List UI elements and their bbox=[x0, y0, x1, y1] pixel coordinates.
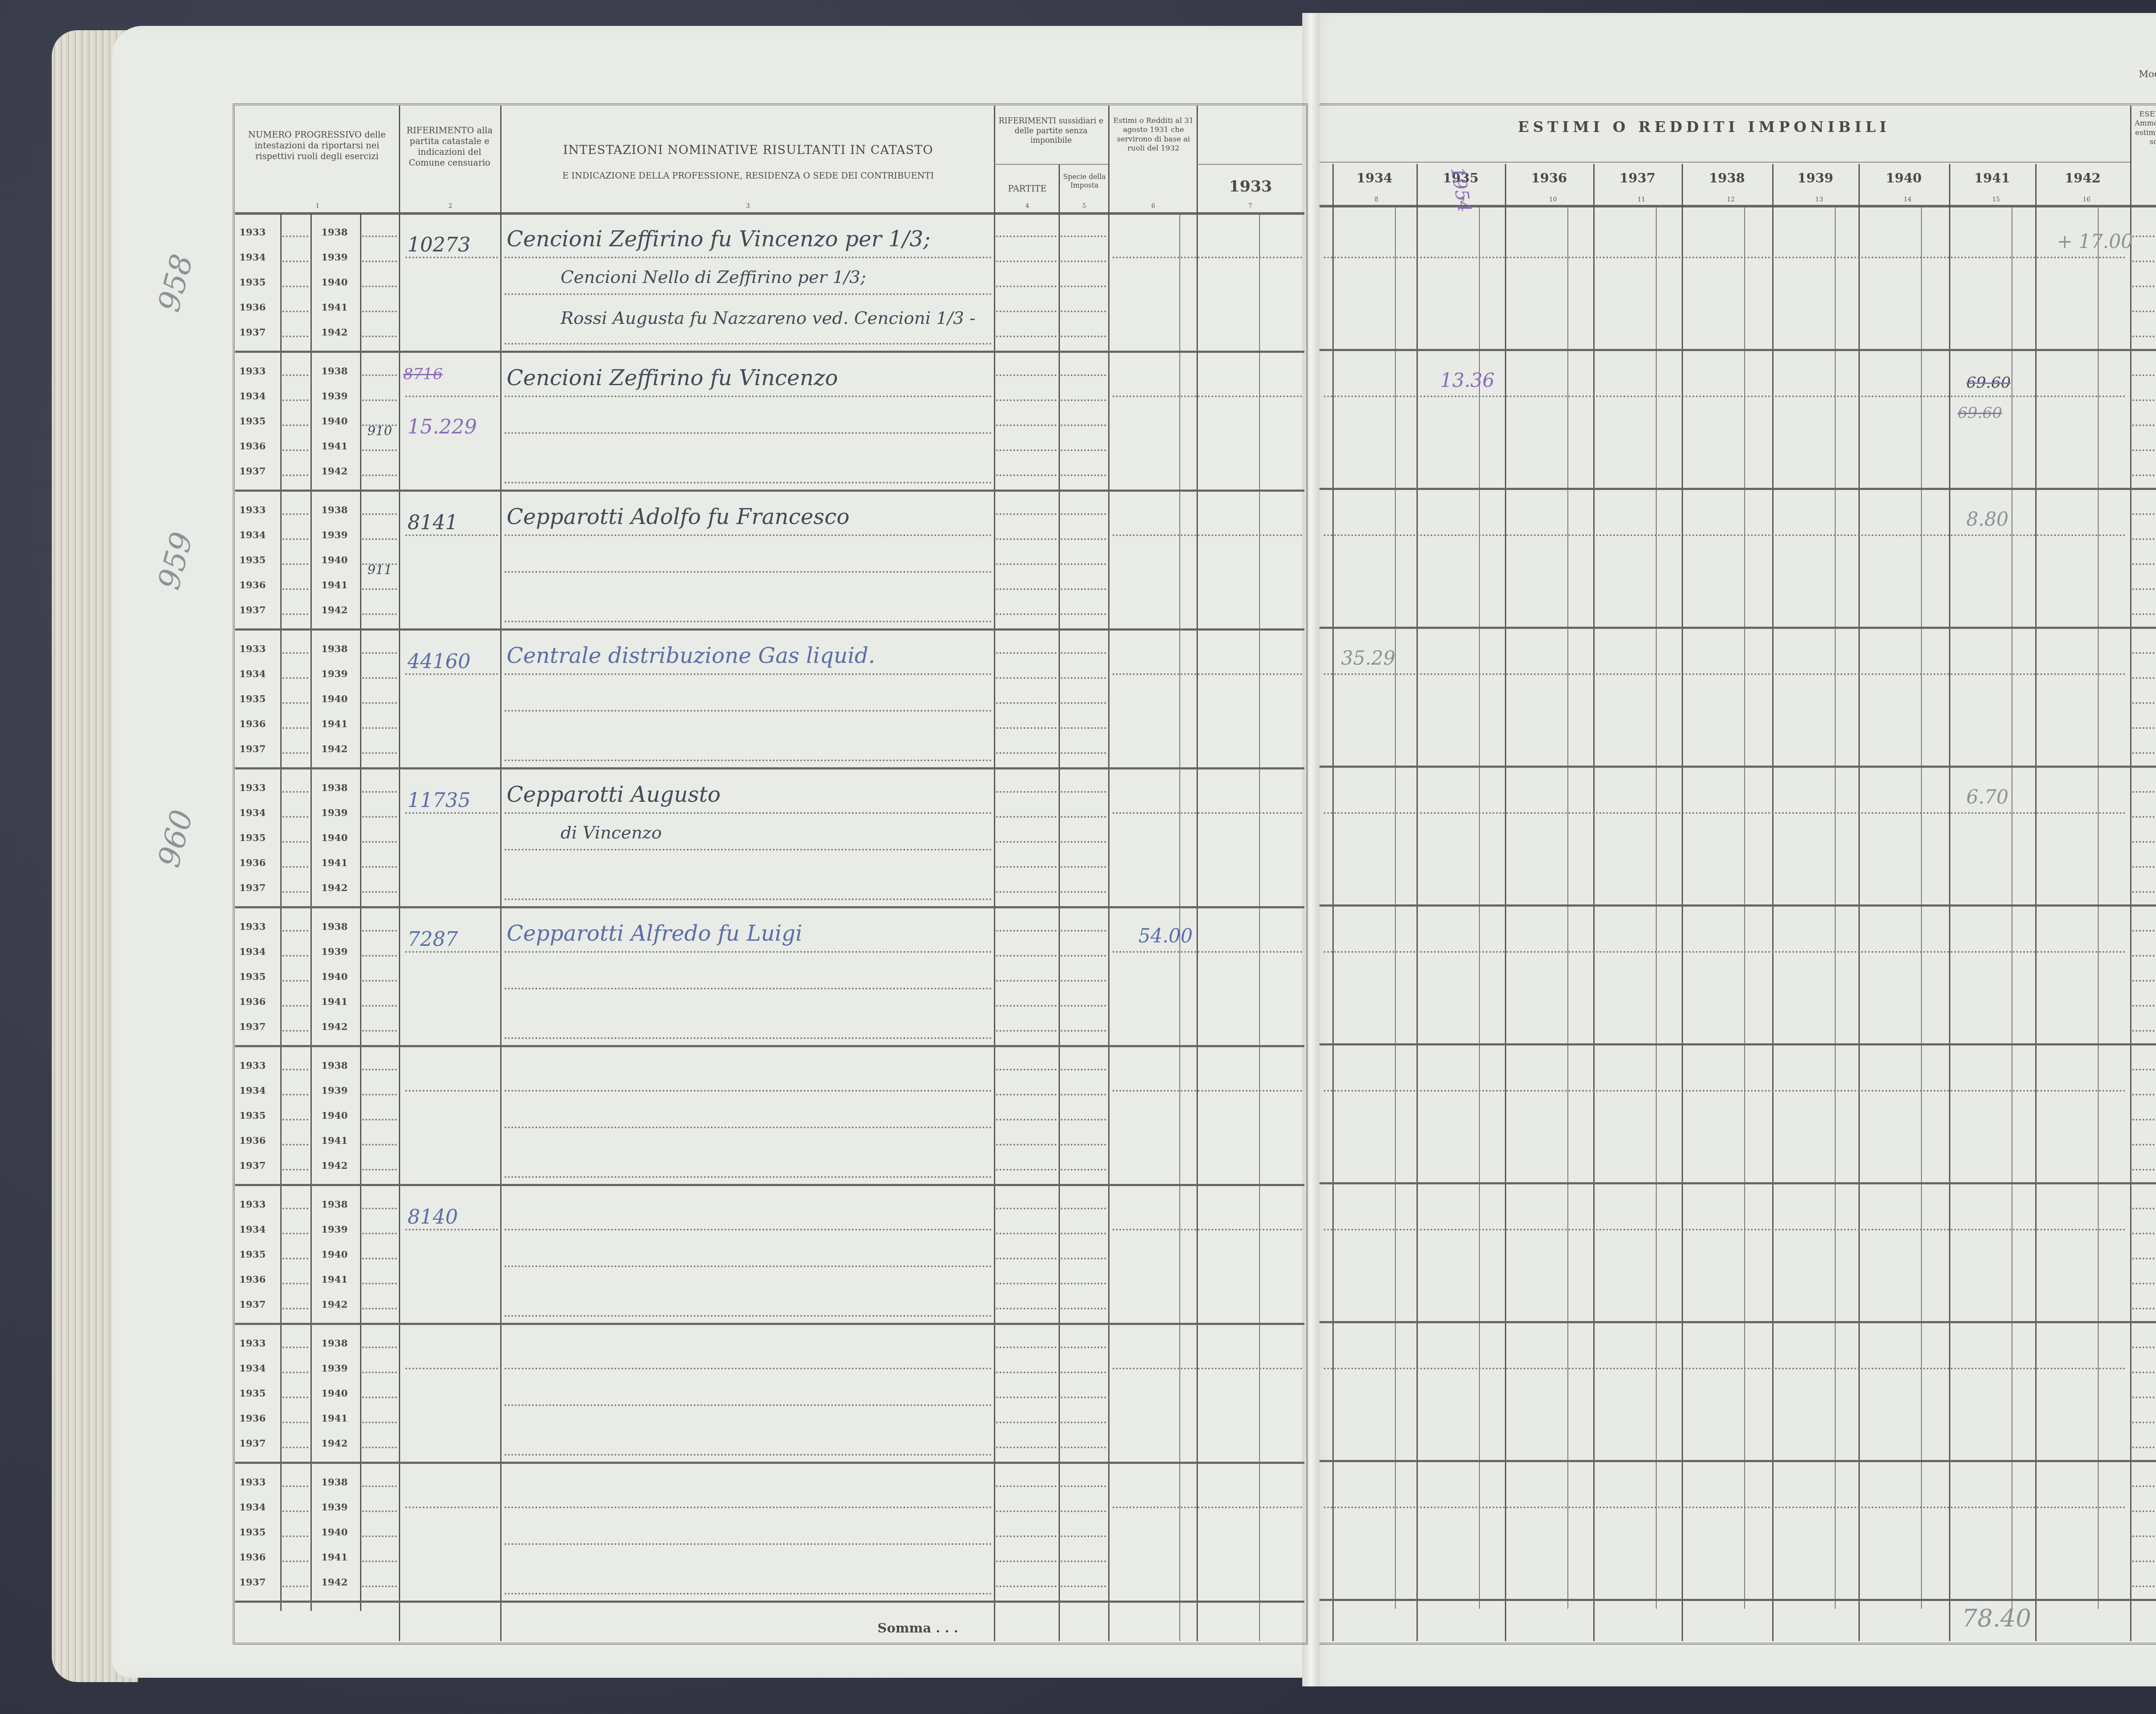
header-partite: PARTITE bbox=[996, 183, 1059, 194]
writing-line bbox=[505, 1543, 992, 1545]
writing-line bbox=[405, 812, 498, 814]
dotted-rule bbox=[2132, 980, 2156, 982]
dotted-rule bbox=[282, 1510, 308, 1512]
dotted-rule bbox=[996, 891, 1056, 893]
dotted-rule bbox=[2132, 1169, 2156, 1171]
year-label: 1935 bbox=[239, 1527, 266, 1538]
header-riferimenti: RIFERIMENTI sussidiari e delle partite s… bbox=[996, 116, 1106, 146]
column-number: 13 bbox=[1815, 196, 1823, 203]
dotted-rule bbox=[282, 588, 308, 590]
year-label: 1936 bbox=[239, 996, 266, 1008]
year-label: 1937 bbox=[239, 1438, 266, 1449]
column-number: 6 bbox=[1151, 203, 1155, 210]
dotted-rule bbox=[996, 955, 1056, 957]
year-label: 1942 bbox=[321, 1299, 348, 1310]
year-label: 1936 bbox=[239, 719, 266, 730]
year-label: 1940 bbox=[321, 416, 348, 427]
cents-divider bbox=[1567, 207, 1568, 1609]
col-divider bbox=[1332, 164, 1334, 1641]
year-label: 1940 bbox=[321, 1527, 348, 1538]
dotted-rule bbox=[2132, 955, 2156, 957]
writing-line bbox=[505, 1593, 992, 1595]
dotted-rule bbox=[1061, 424, 1106, 426]
amount-1941: 8.80 bbox=[1966, 509, 2009, 531]
year-label: 1939 bbox=[321, 669, 348, 680]
dotted-rule bbox=[362, 1372, 397, 1373]
year-label: 1939 bbox=[321, 1363, 348, 1374]
cents-divider bbox=[1479, 207, 1480, 1609]
writing-line bbox=[505, 898, 992, 900]
dotted-rule bbox=[282, 1585, 308, 1587]
dotted-rule bbox=[1061, 1233, 1106, 1234]
writing-line bbox=[505, 1090, 992, 1092]
dotted-rule bbox=[362, 891, 397, 893]
dotted-rule bbox=[1061, 1372, 1106, 1373]
year-1933-rule bbox=[1197, 164, 1302, 165]
taxpayer-name-line: Cencioni Nello di Zeffirino per 1/3; bbox=[561, 267, 866, 287]
dotted-rule bbox=[1061, 1560, 1106, 1562]
dotted-rule bbox=[996, 374, 1056, 376]
partita-number: 10273 bbox=[407, 233, 470, 256]
writing-line bbox=[1324, 1507, 2126, 1508]
writing-line bbox=[405, 396, 498, 397]
writing-line bbox=[505, 482, 992, 483]
partita-number-struck: 8716 bbox=[403, 365, 443, 383]
riferimenti-rule bbox=[994, 164, 1108, 165]
dotted-rule bbox=[996, 1208, 1056, 1209]
dotted-rule bbox=[2132, 1005, 2156, 1007]
dotted-rule bbox=[1061, 791, 1106, 793]
year-label: 1935 bbox=[239, 1110, 266, 1121]
writing-line bbox=[1324, 257, 2126, 258]
dotted-rule bbox=[1061, 286, 1106, 287]
year-label: 1933 bbox=[239, 227, 266, 238]
cents-divider bbox=[1835, 207, 1836, 1609]
year-label: 1937 bbox=[239, 1299, 266, 1310]
dotted-rule bbox=[996, 1308, 1056, 1309]
cents-divider bbox=[1395, 207, 1396, 1609]
taxpayer-name-line: di Vincenzo bbox=[561, 823, 662, 843]
header-year: 1938 bbox=[1682, 170, 1772, 187]
dotted-rule bbox=[996, 930, 1056, 932]
year-label: 1942 bbox=[321, 605, 348, 616]
dotted-rule bbox=[362, 1005, 397, 1007]
header-year: 1941 bbox=[1949, 170, 2035, 187]
taxpayer-name-line: Centrale distribuzione Gas liquid. bbox=[507, 643, 875, 668]
writing-line bbox=[505, 812, 992, 814]
col-divider bbox=[1416, 164, 1418, 1641]
dotted-rule bbox=[2132, 752, 2156, 754]
dotted-rule bbox=[362, 677, 397, 679]
dotted-rule bbox=[1061, 336, 1106, 337]
writing-line bbox=[1324, 396, 2126, 397]
entry-separator bbox=[235, 490, 1304, 492]
dotted-rule bbox=[996, 1169, 1056, 1171]
partita-number: 44160 bbox=[407, 650, 470, 673]
writing-line bbox=[505, 1037, 992, 1039]
dotted-rule bbox=[1061, 930, 1106, 932]
year-label: 1936 bbox=[239, 857, 266, 869]
amount-1941: 6.70 bbox=[1966, 786, 2009, 808]
column-number: 2 bbox=[448, 203, 452, 210]
year-label: 1937 bbox=[239, 1160, 266, 1171]
dotted-rule bbox=[1061, 1510, 1106, 1512]
taxpayer-name-line: Cepparotti Alfredo fu Luigi bbox=[507, 921, 802, 946]
year-label: 1935 bbox=[239, 971, 266, 983]
dotted-rule bbox=[2132, 1069, 2156, 1070]
year-label: 1933 bbox=[239, 782, 266, 794]
dotted-rule bbox=[996, 1119, 1056, 1121]
dotted-rule bbox=[1061, 866, 1106, 868]
dotted-rule bbox=[1061, 702, 1106, 704]
dotted-rule bbox=[996, 702, 1056, 704]
year-label: 1938 bbox=[321, 1338, 348, 1349]
column-number: 12 bbox=[1727, 196, 1735, 203]
dotted-rule bbox=[362, 1283, 397, 1284]
dotted-rule bbox=[996, 286, 1056, 287]
dotted-rule bbox=[282, 891, 308, 893]
dotted-rule bbox=[362, 791, 397, 793]
dotted-rule bbox=[2132, 1308, 2156, 1309]
dotted-rule bbox=[282, 613, 308, 615]
dotted-rule bbox=[282, 791, 308, 793]
header-specie-imposta: Specie della Imposta bbox=[1061, 173, 1108, 190]
dotted-rule bbox=[2132, 1283, 2156, 1284]
writing-line bbox=[505, 1176, 992, 1178]
header-year: 1936 bbox=[1505, 170, 1593, 187]
dotted-rule bbox=[1061, 1144, 1106, 1146]
dotted-rule bbox=[996, 1422, 1056, 1423]
entry-separator bbox=[235, 1323, 1304, 1325]
writing-line bbox=[505, 621, 992, 622]
dotted-rule bbox=[362, 1485, 397, 1487]
year-label: 1936 bbox=[239, 580, 266, 591]
entry-separator bbox=[1319, 488, 2156, 490]
writing-line bbox=[505, 849, 992, 851]
dotted-rule bbox=[996, 677, 1056, 679]
dotted-rule bbox=[362, 336, 397, 337]
dotted-rule bbox=[1061, 1485, 1106, 1487]
dotted-rule bbox=[282, 374, 308, 376]
right-title: ESTIMI O REDDITI IMPONIBILI bbox=[1518, 119, 1890, 136]
dotted-rule bbox=[1061, 1397, 1106, 1398]
dotted-rule bbox=[282, 955, 308, 957]
dotted-rule bbox=[996, 449, 1056, 451]
right-header-rule bbox=[1319, 205, 2156, 207]
dotted-rule bbox=[2132, 261, 2156, 262]
dotted-rule bbox=[282, 286, 308, 287]
writing-line bbox=[405, 673, 498, 675]
dotted-rule bbox=[362, 588, 397, 590]
dotted-rule bbox=[282, 1069, 308, 1070]
writing-line bbox=[1112, 396, 1302, 397]
entry-separator bbox=[235, 1601, 1304, 1603]
year-label: 1934 bbox=[239, 946, 266, 957]
writing-line bbox=[1112, 1229, 1302, 1231]
year-label: 1934 bbox=[239, 1224, 266, 1235]
year-label: 1937 bbox=[239, 1577, 266, 1588]
writing-line bbox=[505, 1404, 992, 1406]
dotted-rule bbox=[362, 1233, 397, 1234]
dotted-rule bbox=[282, 1030, 308, 1032]
column-number: 7 bbox=[1248, 203, 1252, 210]
year-label: 1937 bbox=[239, 327, 266, 338]
dotted-rule bbox=[362, 235, 397, 237]
column-number: 15 bbox=[1992, 196, 2000, 203]
col-divider bbox=[1108, 106, 1109, 1641]
dotted-rule bbox=[282, 1560, 308, 1562]
cents-divider bbox=[2098, 207, 2099, 1609]
years-rule bbox=[1319, 162, 2130, 163]
col-divider bbox=[500, 106, 501, 1641]
amount-1942: + 17.00 bbox=[2057, 231, 2133, 253]
writing-line bbox=[1324, 673, 2126, 675]
dotted-rule bbox=[1061, 1069, 1106, 1070]
dotted-rule bbox=[996, 1283, 1056, 1284]
dotted-rule bbox=[362, 955, 397, 957]
partita-number: 7287 bbox=[407, 927, 458, 951]
year-label: 1933 bbox=[239, 1338, 266, 1349]
dotted-rule bbox=[1061, 538, 1106, 540]
entry-separator bbox=[235, 351, 1304, 353]
dotted-rule bbox=[2132, 677, 2156, 679]
dotted-rule bbox=[996, 1510, 1056, 1512]
dotted-rule bbox=[362, 261, 397, 262]
dotted-rule bbox=[362, 1169, 397, 1171]
dotted-rule bbox=[282, 449, 308, 451]
year-label: 1939 bbox=[321, 530, 348, 541]
dotted-rule bbox=[282, 930, 308, 932]
dotted-rule bbox=[2132, 424, 2156, 426]
year-label: 1942 bbox=[321, 744, 348, 755]
dotted-rule bbox=[362, 1447, 397, 1448]
writing-line bbox=[505, 293, 992, 295]
dotted-rule bbox=[282, 752, 308, 754]
year-label: 1941 bbox=[321, 719, 348, 730]
writing-line bbox=[1112, 1090, 1302, 1092]
writing-line bbox=[1112, 534, 1302, 536]
column-number: 8 bbox=[1375, 196, 1379, 203]
year-label: 1942 bbox=[321, 466, 348, 477]
dotted-rule bbox=[1061, 1585, 1106, 1587]
side-number: 910 bbox=[367, 424, 392, 439]
dotted-rule bbox=[996, 474, 1056, 476]
year-label: 1935 bbox=[239, 694, 266, 705]
dotted-rule bbox=[996, 816, 1056, 818]
writing-line bbox=[505, 571, 992, 573]
dotted-rule bbox=[362, 1030, 397, 1032]
dotted-rule bbox=[362, 727, 397, 729]
dotted-rule bbox=[996, 791, 1056, 793]
dotted-rule bbox=[1061, 1005, 1106, 1007]
dotted-rule bbox=[2132, 1372, 2156, 1373]
writing-line bbox=[505, 1229, 992, 1231]
year-label: 1938 bbox=[321, 366, 348, 377]
header-year: 1940 bbox=[1858, 170, 1949, 187]
dotted-rule bbox=[1061, 752, 1106, 754]
dotted-rule bbox=[1061, 1094, 1106, 1096]
dotted-rule bbox=[1061, 513, 1106, 515]
dotted-rule bbox=[996, 1397, 1056, 1398]
dotted-rule bbox=[996, 1094, 1056, 1096]
dotted-rule bbox=[282, 1397, 308, 1398]
dotted-rule bbox=[1061, 816, 1106, 818]
entry-separator bbox=[235, 1045, 1304, 1047]
column-number: 11 bbox=[1638, 196, 1645, 203]
year-label: 1935 bbox=[239, 1388, 266, 1399]
dotted-rule bbox=[282, 1308, 308, 1309]
year-label: 1937 bbox=[239, 1021, 266, 1033]
taxpayer-name-line: Cencioni Zeffirino fu Vincenzo bbox=[507, 365, 838, 390]
dotted-rule bbox=[1061, 1535, 1106, 1537]
year-label: 1941 bbox=[321, 1135, 348, 1146]
dotted-rule bbox=[362, 1585, 397, 1587]
entry-separator bbox=[1319, 1460, 2156, 1462]
amount-1934: 35.29 bbox=[1341, 647, 1395, 669]
dotted-rule bbox=[282, 816, 308, 818]
col-divider bbox=[399, 106, 400, 1641]
cents-divider bbox=[2012, 207, 2012, 1609]
header-estimi-1931: Estimi o Redditi al 31 agosto 1931 che s… bbox=[1110, 116, 1197, 153]
dotted-rule bbox=[282, 311, 308, 312]
year-label: 1939 bbox=[321, 252, 348, 263]
year-label: 1939 bbox=[321, 1085, 348, 1096]
dotted-rule bbox=[362, 1208, 397, 1209]
dotted-rule bbox=[996, 752, 1056, 754]
year-label: 1934 bbox=[239, 1085, 266, 1096]
dotted-rule bbox=[362, 449, 397, 451]
writing-line bbox=[505, 1507, 992, 1508]
dotted-rule bbox=[996, 613, 1056, 615]
dotted-rule bbox=[2132, 1144, 2156, 1146]
year-label: 1941 bbox=[321, 996, 348, 1008]
year-label: 1934 bbox=[239, 1502, 266, 1513]
dotted-rule bbox=[362, 613, 397, 615]
column-number: 10 bbox=[1549, 196, 1557, 203]
dotted-rule bbox=[1061, 652, 1106, 654]
dotted-rule bbox=[2132, 727, 2156, 729]
writing-line bbox=[505, 432, 992, 434]
year-label: 1940 bbox=[321, 832, 348, 844]
partita-number: 15.229 bbox=[407, 415, 477, 438]
dotted-rule bbox=[996, 980, 1056, 982]
entry-separator bbox=[1319, 766, 2156, 768]
year-label: 1940 bbox=[321, 1249, 348, 1260]
dotted-rule bbox=[362, 1119, 397, 1121]
year-label: 1939 bbox=[321, 1502, 348, 1513]
year-label: 1933 bbox=[239, 1060, 266, 1071]
col-divider bbox=[1682, 164, 1683, 1641]
dotted-rule bbox=[362, 1422, 397, 1423]
dotted-rule bbox=[362, 930, 397, 932]
year-label: 1938 bbox=[321, 1477, 348, 1488]
dotted-rule bbox=[2132, 1447, 2156, 1448]
writing-line bbox=[405, 257, 498, 258]
year-label: 1936 bbox=[239, 1413, 266, 1424]
entry-separator bbox=[1319, 627, 2156, 629]
amount-1935: 13.36 bbox=[1440, 370, 1495, 392]
dotted-rule bbox=[282, 399, 308, 401]
entry-separator bbox=[1319, 904, 2156, 907]
col-divider bbox=[1772, 164, 1774, 1641]
dotted-rule bbox=[1061, 1283, 1106, 1284]
dotted-rule bbox=[1061, 374, 1106, 376]
dotted-rule bbox=[1061, 1208, 1106, 1209]
writing-line bbox=[1112, 951, 1302, 953]
year-label: 1941 bbox=[321, 441, 348, 452]
entry-separator bbox=[235, 906, 1304, 908]
entry-separator bbox=[235, 1184, 1304, 1186]
header-esenzioni: ESENZIONI — Ammontare degli estimi o red… bbox=[2130, 110, 2156, 147]
dotted-rule bbox=[282, 1094, 308, 1096]
year-label: 1942 bbox=[321, 1021, 348, 1033]
year-label: 1941 bbox=[321, 1274, 348, 1285]
dotted-rule bbox=[2132, 513, 2156, 515]
cents-divider bbox=[1656, 207, 1657, 1609]
dotted-rule bbox=[362, 652, 397, 654]
dotted-rule bbox=[996, 1372, 1056, 1373]
year-label: 1939 bbox=[321, 946, 348, 957]
col-divider bbox=[2035, 164, 2037, 1641]
writing-line bbox=[1324, 1090, 2126, 1092]
writing-line bbox=[405, 534, 498, 536]
year-label: 1933 bbox=[239, 1477, 266, 1488]
dotted-rule bbox=[362, 1069, 397, 1070]
dotted-rule bbox=[2132, 1535, 2156, 1537]
writing-line bbox=[1112, 1507, 1302, 1508]
dotted-rule bbox=[1061, 955, 1106, 957]
dotted-rule bbox=[362, 1510, 397, 1512]
dotted-rule bbox=[362, 311, 397, 312]
dotted-rule bbox=[2132, 336, 2156, 337]
dotted-rule bbox=[2132, 1585, 2156, 1587]
dotted-rule bbox=[1061, 1422, 1106, 1423]
dotted-rule bbox=[996, 261, 1056, 262]
entry-separator bbox=[1319, 1321, 2156, 1323]
dotted-rule bbox=[362, 474, 397, 476]
dotted-rule bbox=[2132, 841, 2156, 843]
writing-line bbox=[505, 396, 992, 397]
left-table-frame bbox=[233, 104, 1308, 1645]
dotted-rule bbox=[362, 286, 397, 287]
dotted-rule bbox=[362, 1397, 397, 1398]
dotted-rule bbox=[1061, 235, 1106, 237]
year-label: 1941 bbox=[321, 1413, 348, 1424]
dotted-rule bbox=[2132, 652, 2156, 654]
year-label: 1936 bbox=[239, 1274, 266, 1285]
header-intestazioni: INTESTAZIONI NOMINATIVE RISULTANTI IN CA… bbox=[505, 142, 992, 157]
dotted-rule bbox=[996, 336, 1056, 337]
writing-line bbox=[505, 343, 992, 345]
entry-separator bbox=[235, 628, 1304, 631]
header-year: 1934 bbox=[1332, 170, 1416, 187]
dotted-rule bbox=[282, 866, 308, 868]
writing-line bbox=[405, 951, 498, 953]
year-label: 1933 bbox=[239, 644, 266, 655]
year-label: 1937 bbox=[239, 605, 266, 616]
dotted-rule bbox=[996, 1258, 1056, 1259]
writing-line bbox=[1112, 257, 1302, 258]
year-label: 1942 bbox=[321, 327, 348, 338]
dotted-rule bbox=[2132, 311, 2156, 312]
dotted-rule bbox=[996, 1005, 1056, 1007]
entry-separator bbox=[1319, 349, 2156, 351]
amount-1941-struck: 69.60 bbox=[1958, 404, 2002, 422]
dotted-rule bbox=[2132, 1560, 2156, 1562]
dotted-rule bbox=[996, 235, 1056, 237]
dotted-rule bbox=[1061, 1119, 1106, 1121]
dotted-rule bbox=[1061, 613, 1106, 615]
